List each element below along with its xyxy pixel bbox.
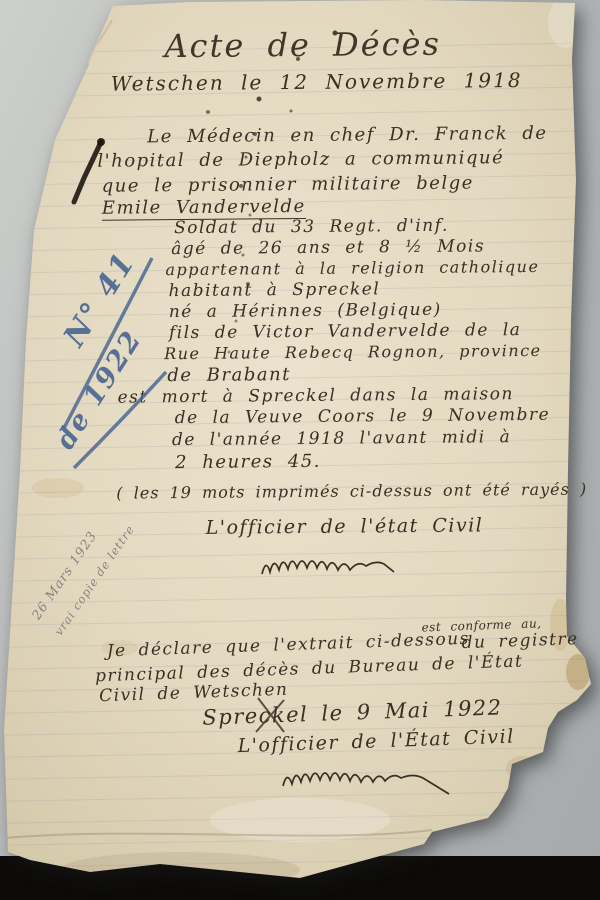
- body-line: Rue Haute Rebecq Rognon, province: [164, 341, 542, 363]
- photo-of-document: Acte de Décès Wetschen le 12 Novembre 19…: [0, 0, 600, 900]
- dateline: Wetschen le 12 Novembre 1918: [111, 68, 523, 96]
- body-line: 2 heures 45.: [175, 451, 321, 473]
- body-line: habitant à Spreckel: [169, 279, 381, 301]
- body-line: Soldat du 33 Regt. d'inf.: [174, 216, 449, 238]
- document-title: Acte de Décès: [164, 25, 441, 65]
- officer-line-2: L'officier de l'État Civil: [237, 726, 515, 758]
- body-line: né a Hérinnes (Belgique): [169, 300, 442, 322]
- handwriting-layer: Acte de Décès Wetschen le 12 Novembre 19…: [0, 0, 600, 900]
- body-line: Le Médecin en chef Dr. Franck de: [147, 123, 547, 147]
- body-line: est mort à Spreckel dans la maison: [117, 384, 514, 407]
- body-line: âgé de 26 ans et 8 ½ Mois: [171, 236, 485, 259]
- struck-words-note: ( les 19 mots imprimés ci-dessus ont été…: [116, 479, 587, 502]
- officer-line-1: L'officier de l'état Civil: [206, 514, 484, 538]
- body-line: fils de Victor Vandervelde de la: [169, 320, 522, 343]
- body-line: de l'année 1918 l'avant midi à: [172, 427, 511, 450]
- body-line: de la Veuve Coors le 9 Novembre: [175, 405, 551, 428]
- body-line: appartenant à la religion catholique: [165, 257, 539, 279]
- body-line: de Brabant: [167, 364, 291, 386]
- body-line: l'hopital de Diepholz a communiqué: [97, 147, 504, 172]
- declaration-line1-part2: du registre: [461, 629, 579, 653]
- body-line: que le prisonnier militaire belge: [102, 172, 474, 196]
